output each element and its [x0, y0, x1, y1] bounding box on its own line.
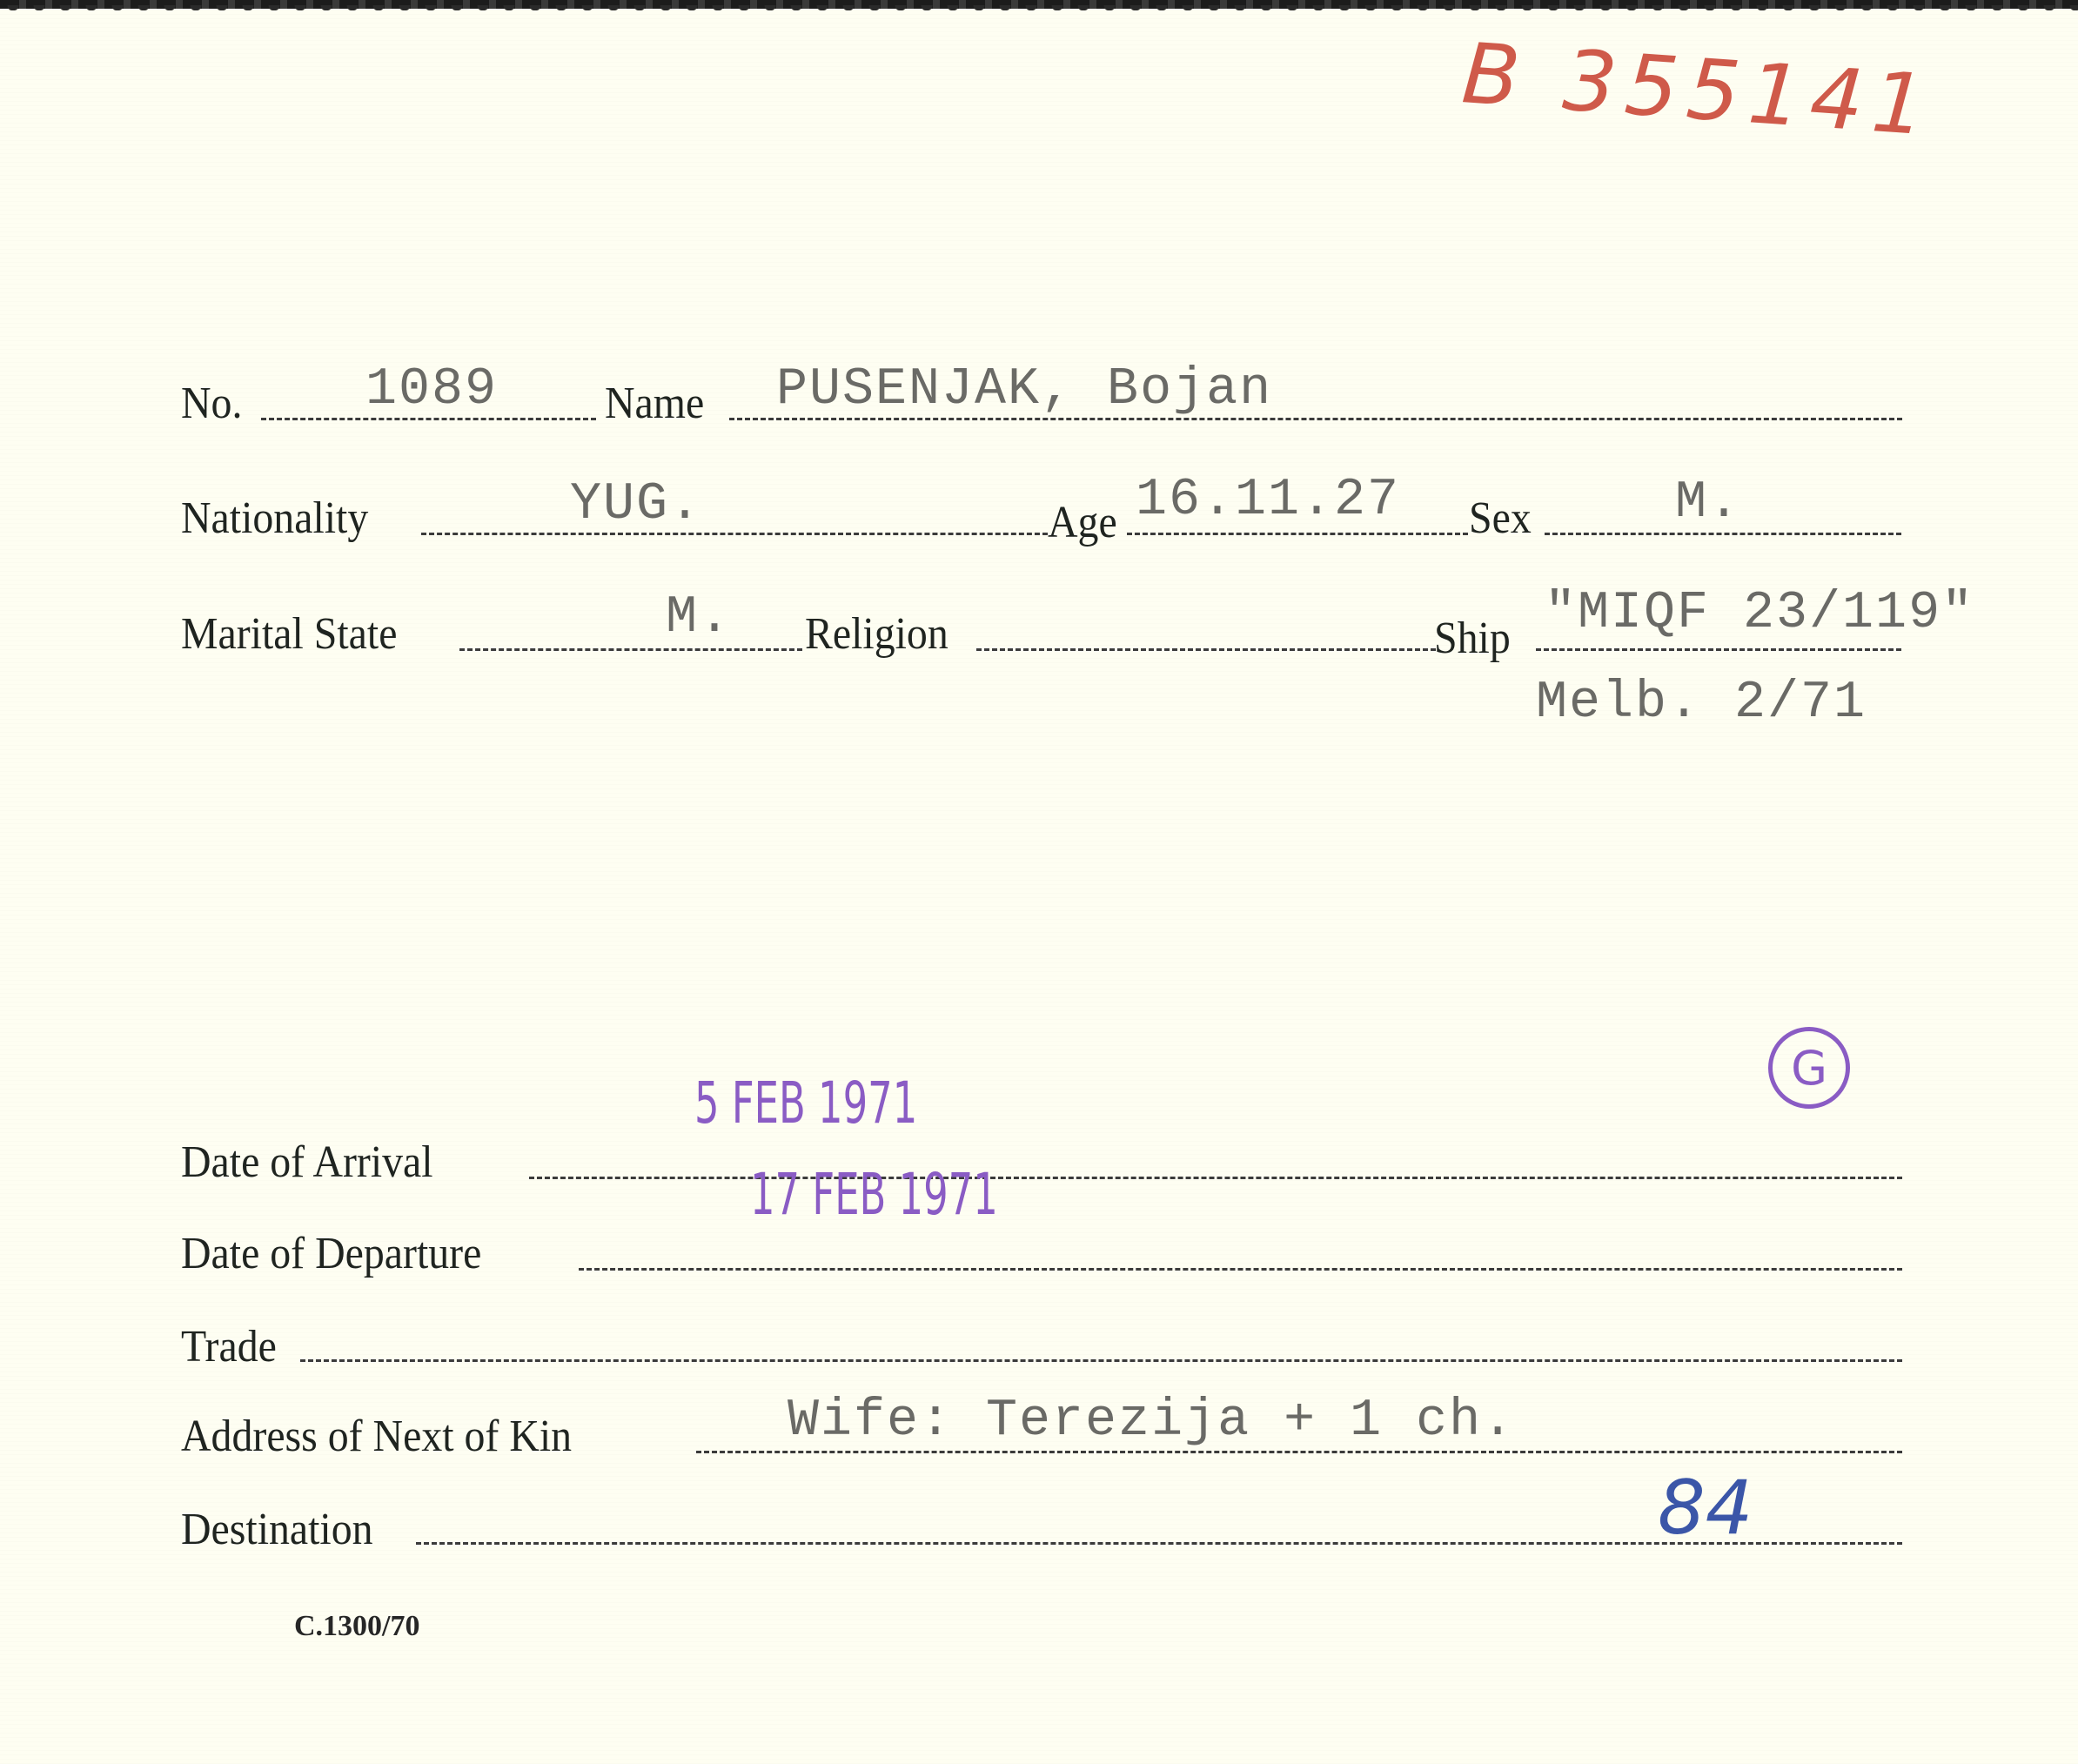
name-label: Name: [605, 381, 704, 426]
destination-value: 84: [1658, 1471, 1753, 1546]
no-label: No.: [181, 381, 242, 426]
ship-value-line2: Melb. 2/71: [1536, 677, 1867, 729]
nationality-line: [421, 533, 1048, 535]
next-of-kin-value: Wife: Terezija + 1 ch.: [788, 1395, 1515, 1447]
g-stamp-mark: G: [1768, 1027, 1850, 1109]
destination-label: Destination: [181, 1507, 373, 1553]
nationality-value: YUG.: [570, 479, 702, 531]
no-value: 1089: [365, 364, 498, 416]
date-of-departure-label: Date of Departure: [181, 1231, 481, 1277]
marital-state-line: [459, 648, 802, 651]
ship-value: "MIQF 23/119": [1545, 587, 1974, 640]
departure-date-stamp: 17 FEB 1971: [750, 1166, 998, 1224]
next-of-kin-label: Address of Next of Kin: [181, 1414, 572, 1459]
marital-state-label: Marital State: [181, 612, 397, 657]
trade-label: Trade: [181, 1325, 277, 1370]
nationality-label: Nationality: [181, 496, 368, 541]
sex-value: M.: [1675, 477, 1741, 529]
arrival-date-stamp: 5 FEB 1971: [694, 1075, 917, 1132]
marital-state-value: M.: [666, 592, 732, 644]
next-of-kin-line: [696, 1451, 1902, 1453]
date-of-departure-line: [579, 1268, 1902, 1271]
reference-number: B 355141: [1459, 31, 1936, 148]
date-of-arrival-label: Date of Arrival: [181, 1140, 433, 1185]
date-of-arrival-line: [529, 1177, 1902, 1179]
sex-label: Sex: [1469, 496, 1532, 541]
name-value: PUSENJAK, Bojan: [776, 364, 1272, 416]
religion-line: [976, 648, 1436, 651]
age-line: [1127, 533, 1468, 535]
immigration-record-card: B 355141 No. 1089 Name PUSENJAK, Bojan N…: [0, 0, 2078, 1764]
sex-line: [1545, 533, 1901, 535]
age-label: Age: [1048, 500, 1117, 546]
form-code: C.1300/70: [294, 1610, 420, 1643]
religion-label: Religion: [805, 612, 949, 657]
scan-edge: [0, 0, 2078, 9]
trade-line: [300, 1359, 1902, 1362]
age-value: 16.11.27: [1136, 474, 1400, 527]
ship-label: Ship: [1434, 616, 1511, 661]
ship-line: [1536, 648, 1901, 651]
